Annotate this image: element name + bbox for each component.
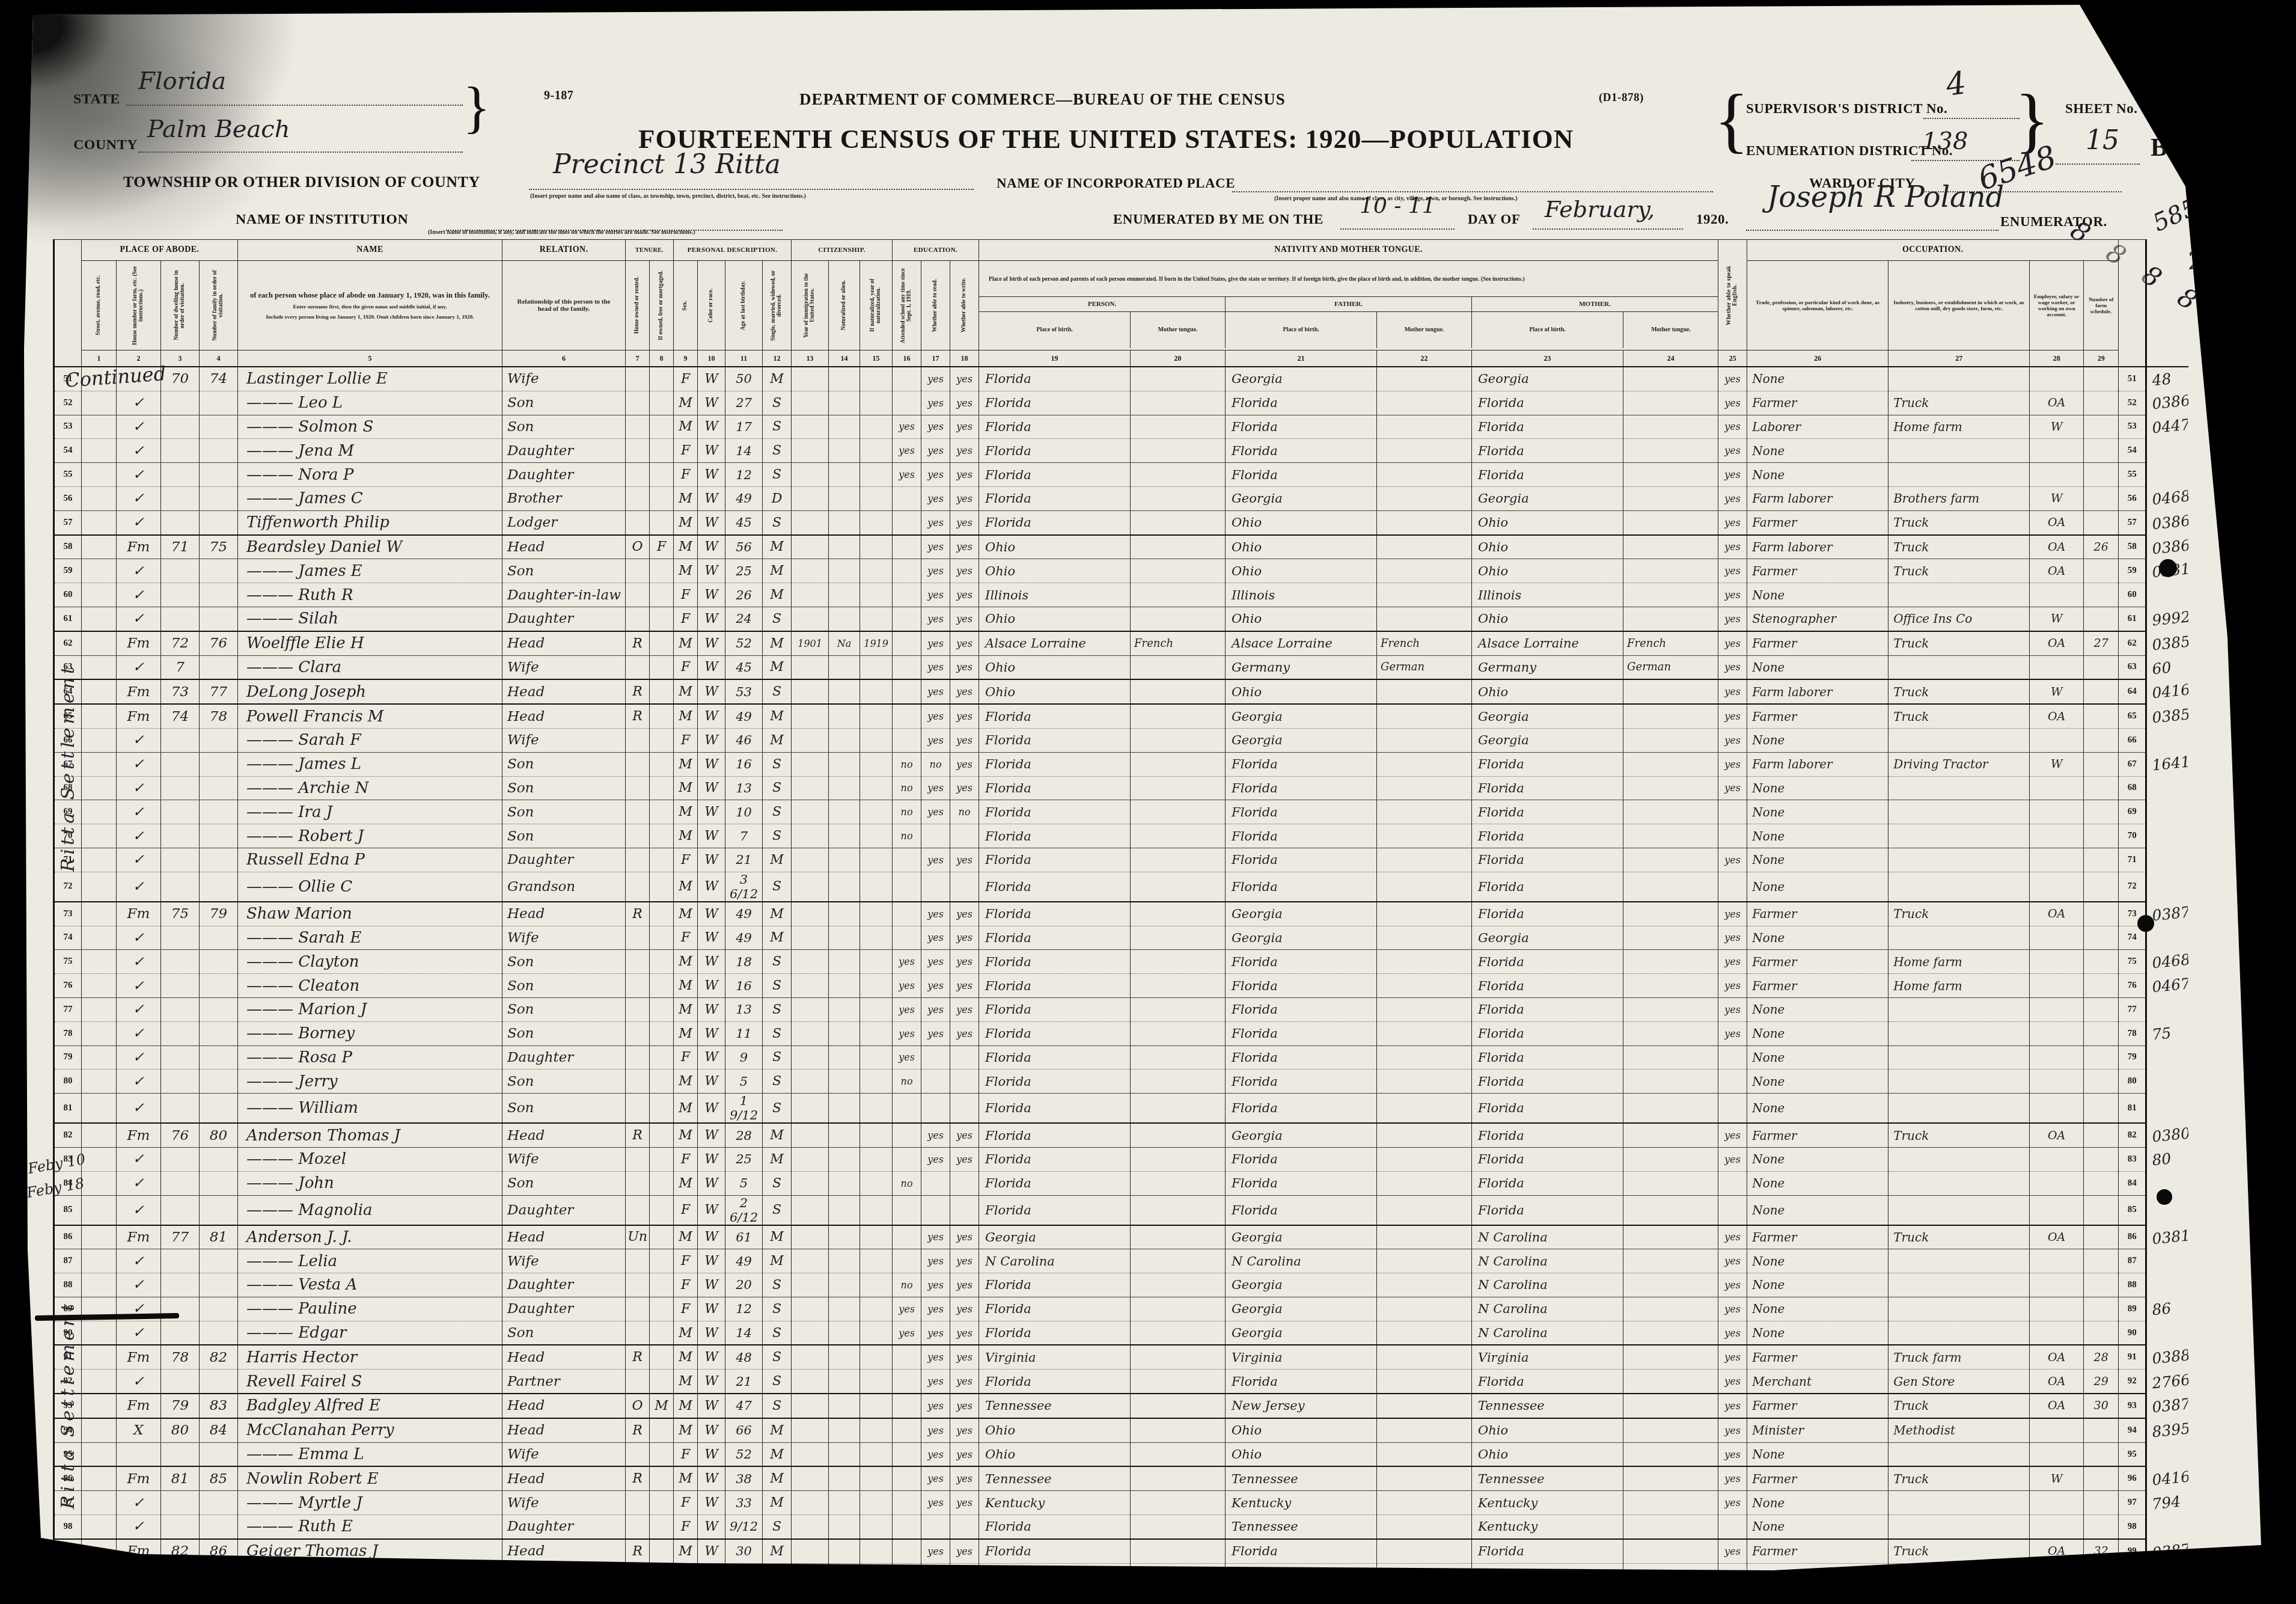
cell-age: 9/12: [725, 1515, 763, 1539]
cell-naturalization_year: [860, 486, 893, 510]
cell-industry: Office Ins Co: [1888, 607, 2030, 631]
township-value: Precinct 13 Ritta: [553, 149, 781, 180]
cell-marital: S: [763, 752, 792, 776]
cell-pob_mother: Florida: [1472, 824, 1623, 848]
cell-english: yes: [1718, 728, 1747, 752]
cell-owned_free_or_mortgaged: [650, 1070, 674, 1094]
cell-immigration_year: [792, 728, 829, 752]
cell-read: yes: [921, 800, 950, 824]
cell-street: [82, 776, 117, 800]
cell-name: ——— James E: [238, 559, 502, 583]
cell-home_owned_or_rented: [626, 559, 650, 583]
cell-mt_mother: [1623, 463, 1718, 487]
cell-employer_class: [2030, 776, 2084, 800]
cell-age: 27: [725, 391, 763, 415]
cell-english: yes: [1718, 1321, 1747, 1345]
cell-sex: M: [674, 1021, 698, 1045]
cell-owned_free_or_mortgaged: [650, 1370, 674, 1394]
cell-house_or_farm: ✓: [117, 1094, 161, 1124]
cell-line-right: 65: [2119, 704, 2146, 728]
cell-line: 72: [54, 872, 82, 902]
cell-home_owned_or_rented: [626, 463, 650, 487]
cell-read: yes: [921, 367, 950, 391]
cell-line-right: 51: [2119, 367, 2146, 391]
cell-write: yes: [950, 752, 979, 776]
cell-english: yes: [1718, 704, 1747, 728]
cell-dwelling_no: 74: [161, 704, 200, 728]
cell-employer_class: [2030, 1273, 2084, 1297]
col-9-sex: Sex.: [674, 261, 698, 350]
cell-mt_person: [1131, 1045, 1226, 1070]
cell-line-right: 64: [2119, 679, 2146, 704]
cell-trade: Farmer: [1747, 1539, 1888, 1563]
cell-mt_mother: [1623, 1539, 1718, 1563]
col-number-22: 22: [1377, 350, 1472, 367]
cell-dwelling_no: [161, 1195, 200, 1225]
cell-school: yes: [893, 1021, 921, 1045]
cell-age: 49: [725, 902, 763, 926]
cell-trade: Farmer: [1747, 1123, 1888, 1147]
cell-employer_class: W: [2030, 679, 2084, 704]
cell-family_no: 79: [200, 902, 238, 926]
cell-pob_father: Ohio: [1226, 679, 1377, 704]
cell-mt_mother: [1623, 1370, 1718, 1394]
cell-immigration_year: [792, 486, 829, 510]
line-col-header-right: [2119, 240, 2146, 367]
cell-trade: None: [1747, 1171, 1888, 1195]
cell-mt_person: [1131, 1394, 1226, 1418]
cell-home_owned_or_rented: [626, 950, 650, 974]
cell-school: yes: [893, 1321, 921, 1345]
table-row: 85✓——— MagnoliaDaughterFW2 6/12SFloridaF…: [54, 1195, 2188, 1225]
cell-age: 13: [725, 776, 763, 800]
cell-sex: F: [674, 848, 698, 872]
cell-trade: None: [1747, 926, 1888, 950]
cell-immigration_year: [792, 974, 829, 998]
cell-mt_mother: [1623, 391, 1718, 415]
cell-marital: S: [763, 439, 792, 463]
cell-naturalized: [829, 1070, 860, 1094]
cell-owned_free_or_mortgaged: [650, 486, 674, 510]
cell-mt_person: [1131, 950, 1226, 974]
cell-line-right: 81: [2119, 1094, 2146, 1124]
cell-school: no: [893, 1273, 921, 1297]
cell-line-right: 88: [2119, 1273, 2146, 1297]
cell-home_owned_or_rented: [626, 1094, 650, 1124]
cell-house_or_farm: ✓: [117, 800, 161, 824]
cell-immigration_year: [792, 902, 829, 926]
cell-trade: None: [1747, 728, 1888, 752]
cell-industry: [1888, 1195, 2030, 1225]
cell-english: [1718, 824, 1747, 848]
cell-mt_mother: [1623, 415, 1718, 439]
cell-pob_mother: Virginia: [1472, 1345, 1623, 1369]
cell-school: [893, 848, 921, 872]
cell-relation: Daughter: [502, 848, 626, 872]
cell-trade: Farmer: [1747, 704, 1888, 728]
cell-color: W: [698, 704, 725, 728]
cell-pob_mother: N Carolina: [1472, 1225, 1623, 1249]
table-row: 517074Lastinger Lollie EWifeFW50MyesyesF…: [54, 367, 2188, 391]
cell-relation: Son: [502, 997, 626, 1021]
cell-mt_mother: French: [1623, 631, 1718, 655]
cell-read: [921, 824, 950, 848]
cell-employer_class: [2030, 824, 2084, 848]
cell-pob_person: Ohio: [979, 559, 1131, 583]
cell-farm_schedule: [2084, 1147, 2119, 1171]
cell-mt_father: [1377, 997, 1472, 1021]
col-19-pob-person: Place of birth.: [979, 312, 1131, 348]
cell-employer_class: OA: [2030, 559, 2084, 583]
cell-pob_father: Florida: [1226, 1195, 1377, 1225]
cell-marital: S: [763, 800, 792, 824]
cell-color: W: [698, 367, 725, 391]
cell-farm_schedule: [2084, 463, 2119, 487]
cell-line-right: 94: [2119, 1418, 2146, 1442]
cell-write: [950, 1070, 979, 1094]
cell-color: W: [698, 1515, 725, 1539]
col-number-10: 10: [698, 350, 725, 367]
cell-house_or_farm: ✓: [117, 1321, 161, 1345]
ink-blot-1: [2159, 559, 2177, 577]
cell-home_owned_or_rented: R: [626, 1123, 650, 1147]
table-row: 92✓Revell Fairel SPartnerMW21SyesyesFlor…: [54, 1370, 2188, 1394]
cell-immigration_year: [792, 1370, 829, 1394]
cell-pob_person: Florida: [979, 824, 1131, 848]
enumerated-month-line: [1533, 224, 1683, 230]
cell-industry: Truck: [1888, 1466, 2030, 1490]
cell-relation: Head: [502, 1123, 626, 1147]
cell-school: [893, 1491, 921, 1515]
cell-english: yes: [1718, 848, 1747, 872]
cell-street: [82, 1273, 117, 1297]
cell-naturalization_year: [860, 559, 893, 583]
township-line: [529, 180, 974, 190]
cell-naturalized: [829, 1563, 860, 1588]
cell-dwelling_no: 76: [161, 1123, 200, 1147]
cell-write: yes: [950, 679, 979, 704]
cell-home_owned_or_rented: [626, 607, 650, 631]
cell-farm_schedule: [2084, 1563, 2119, 1588]
cell-farm_schedule: [2084, 776, 2119, 800]
cell-color: W: [698, 391, 725, 415]
cell-mt_person: [1131, 1195, 1226, 1225]
cell-house_or_farm: Fm: [117, 679, 161, 704]
cell-line-right: 66: [2119, 728, 2146, 752]
cell-employer_class: W: [2030, 1466, 2084, 1490]
cell-owned_free_or_mortgaged: [650, 1225, 674, 1249]
cell-owned_free_or_mortgaged: [650, 679, 674, 704]
cell-write: yes: [950, 1147, 979, 1171]
cell-house_or_farm: ✓: [117, 926, 161, 950]
cell-family_no: [200, 1442, 238, 1466]
cell-marital: S: [763, 1515, 792, 1539]
cell-marital: S: [763, 607, 792, 631]
cell-school: yes: [893, 1045, 921, 1070]
cell-industry: [1888, 1070, 2030, 1094]
cell-employer_class: OA: [2030, 535, 2084, 559]
cell-owned_free_or_mortgaged: [650, 1466, 674, 1490]
cell-pob_mother: Ohio: [1472, 607, 1623, 631]
cell-name: ——— Ruth R: [238, 583, 502, 607]
cell-owned_free_or_mortgaged: [650, 1273, 674, 1297]
cell-color: W: [698, 1370, 725, 1394]
cell-pob_person: Florida: [979, 872, 1131, 902]
cell-street: [82, 1225, 117, 1249]
cell-farm_schedule: 28: [2084, 1345, 2119, 1369]
cell-write: [950, 872, 979, 902]
cell-family_no: [200, 1273, 238, 1297]
cell-read: yes: [921, 1370, 950, 1394]
cell-dwelling_no: [161, 752, 200, 776]
cell-name: Anderson J. J.: [238, 1225, 502, 1249]
cell-pob_mother: Florida: [1472, 1195, 1623, 1225]
cell-relation: Son: [502, 1021, 626, 1045]
cell-english: yes: [1718, 486, 1747, 510]
col-number-7: 7: [626, 350, 650, 367]
cell-farm_schedule: [2084, 415, 2119, 439]
cell-pob_person: Florida: [979, 776, 1131, 800]
cell-name: ——— Jerry: [238, 1070, 502, 1094]
cell-age: 30: [725, 1539, 763, 1563]
cell-trade: None: [1747, 1147, 1888, 1171]
cell-mt_father: [1377, 872, 1472, 902]
cell-owned_free_or_mortgaged: [650, 559, 674, 583]
cell-pob_mother: Ohio: [1472, 679, 1623, 704]
cell-family_no: [200, 1021, 238, 1045]
cell-street: [82, 1094, 117, 1124]
cell-color: W: [698, 1225, 725, 1249]
cell-home_owned_or_rented: [626, 655, 650, 679]
cell-owned_free_or_mortgaged: M: [650, 1394, 674, 1418]
cell-industry: [1888, 1147, 2030, 1171]
cell-sex: F: [674, 1491, 698, 1515]
cell-house_or_farm: Fm: [117, 1225, 161, 1249]
cell-name: ——— Hortense: [238, 1563, 502, 1588]
cell-owned_free_or_mortgaged: [650, 950, 674, 974]
cell-sex: M: [674, 1123, 698, 1147]
cell-school: [893, 1539, 921, 1563]
cell-naturalized: [829, 1249, 860, 1273]
table-row: 100✓——— HortenseWifeFW17MyesyesFloridaFl…: [54, 1563, 2188, 1588]
cell-family_no: 76: [200, 631, 238, 655]
cell-name: ——— James C: [238, 486, 502, 510]
cell-dwelling_no: [161, 1563, 200, 1588]
cell-name: McClanahan Perry: [238, 1418, 502, 1442]
cell-mt_mother: [1623, 776, 1718, 800]
cell-relation: Head: [502, 1394, 626, 1418]
table-row: 81✓——— WilliamSonMW1 9/12SFloridaFlorida…: [54, 1094, 2188, 1124]
cell-relation: Daughter: [502, 439, 626, 463]
cell-naturalized: [829, 872, 860, 902]
cell-mt_father: [1377, 1297, 1472, 1321]
cell-relation: Son: [502, 415, 626, 439]
cell-family_no: 74: [200, 367, 238, 391]
sheet-letter: B: [2151, 133, 2168, 162]
cell-pob_mother: Florida: [1472, 1539, 1623, 1563]
col-4-family-number: Number of family in order of visitation.: [200, 261, 238, 350]
cell-name: Woelffle Elie H: [238, 631, 502, 655]
cell-english: yes: [1718, 655, 1747, 679]
cell-marital: D: [763, 486, 792, 510]
cell-naturalized: [829, 1171, 860, 1195]
cell-home_owned_or_rented: [626, 1491, 650, 1515]
cell-naturalization_year: [860, 1491, 893, 1515]
cell-naturalized: [829, 1273, 860, 1297]
cell-pob_person: Florida: [979, 1094, 1131, 1124]
cell-street: [82, 1171, 117, 1195]
cell-pob_mother: Florida: [1472, 872, 1623, 902]
cell-trade: None: [1747, 1070, 1888, 1094]
cell-color: W: [698, 950, 725, 974]
cell-line-right: 60: [2119, 583, 2146, 607]
cell-age: 16: [725, 974, 763, 998]
cell-marital: M: [763, 926, 792, 950]
cell-read: yes: [921, 415, 950, 439]
cell-home_owned_or_rented: [626, 1249, 650, 1273]
cell-immigration_year: [792, 1563, 829, 1588]
cell-read: yes: [921, 607, 950, 631]
cell-home_owned_or_rented: [626, 1442, 650, 1466]
cell-read: [921, 1070, 950, 1094]
cell-street: [82, 583, 117, 607]
cell-school: [893, 679, 921, 704]
form-code-right: (D1-878): [1599, 91, 1644, 105]
cell-mt_mother: [1623, 752, 1718, 776]
cell-dwelling_no: [161, 872, 200, 902]
cell-line-right: 72: [2119, 872, 2146, 902]
cell-marital: M: [763, 1123, 792, 1147]
cell-employer_class: [2030, 367, 2084, 391]
cell-pob_person: Florida: [979, 1563, 1131, 1588]
cell-sex: M: [674, 510, 698, 534]
cell-marital: S: [763, 1171, 792, 1195]
col-number-29: 29: [2084, 350, 2119, 367]
cell-mt_mother: [1623, 1249, 1718, 1273]
cell-school: [893, 535, 921, 559]
cell-house_or_farm: ✓: [117, 1249, 161, 1273]
cell-name: ——— Clara: [238, 655, 502, 679]
supervisor-district-value: 4: [1944, 65, 1968, 103]
cell-mt_mother: [1623, 1171, 1718, 1195]
stamp-number-b: 5852: [2149, 187, 2216, 237]
cell-relation: Wife: [502, 1442, 626, 1466]
cell-mt_father: [1377, 1345, 1472, 1369]
cell-read: [921, 1515, 950, 1539]
cell-industry: [1888, 1021, 2030, 1045]
cell-pob_father: New Jersey: [1226, 1394, 1377, 1418]
cell-marital: M: [763, 1466, 792, 1490]
cell-write: yes: [950, 728, 979, 752]
cell-family_no: [200, 1370, 238, 1394]
cell-color: W: [698, 1345, 725, 1369]
cell-pob_father: Tennessee: [1226, 1466, 1377, 1490]
cell-trade: None: [1747, 463, 1888, 487]
cell-color: W: [698, 535, 725, 559]
cell-mt_person: [1131, 1123, 1226, 1147]
cell-sex: M: [674, 1539, 698, 1563]
cell-home_owned_or_rented: R: [626, 679, 650, 704]
cell-school: no: [893, 776, 921, 800]
col-25-speak-english: Whether able to speak English.: [1718, 240, 1747, 350]
enumerated-label-2: DAY OF: [1468, 212, 1521, 227]
cell-age: 17: [725, 415, 763, 439]
cell-industry: Truck: [1888, 1539, 2030, 1563]
cell-mt_father: [1377, 1442, 1472, 1466]
cell-write: yes: [950, 1539, 979, 1563]
cell-pob_mother: Florida: [1472, 1094, 1623, 1124]
table-row: 58Fm7175Beardsley Daniel WHeadOFMW56Myes…: [54, 535, 2188, 559]
cell-street: [82, 1466, 117, 1490]
col-29-farm-schedule: Number of farm schedule.: [2084, 261, 2119, 350]
cell-naturalized: [829, 704, 860, 728]
cell-sex: M: [674, 1394, 698, 1418]
cell-english: yes: [1718, 902, 1747, 926]
cell-house_or_farm: ✓: [117, 950, 161, 974]
cell-mt_father: [1377, 1394, 1472, 1418]
cell-farm_schedule: [2084, 848, 2119, 872]
cell-sex: M: [674, 1070, 698, 1094]
cell-employer_class: [2030, 926, 2084, 950]
cell-owned_free_or_mortgaged: F: [650, 535, 674, 559]
col-number-13: 13: [792, 350, 829, 367]
cell-employer_class: [2030, 1297, 2084, 1321]
col-7-owned-rented: Home owned or rented.: [626, 261, 650, 350]
cell-industry: Truck: [1888, 391, 2030, 415]
cell-immigration_year: [792, 655, 829, 679]
cell-mt_father: [1377, 510, 1472, 534]
cell-dwelling_no: [161, 974, 200, 998]
cell-marital: S: [763, 679, 792, 704]
cell-pob_person: Ohio: [979, 655, 1131, 679]
cell-farm_schedule: [2084, 655, 2119, 679]
cell-naturalized: [829, 1539, 860, 1563]
cell-naturalized: [829, 1394, 860, 1418]
cell-family_no: 86: [200, 1539, 238, 1563]
cell-naturalization_year: [860, 800, 893, 824]
cell-name: ——— Rosa P: [238, 1045, 502, 1070]
cell-owned_free_or_mortgaged: [650, 997, 674, 1021]
cell-naturalized: Na: [829, 631, 860, 655]
cell-mt_father: [1377, 776, 1472, 800]
cell-owned_free_or_mortgaged: [650, 800, 674, 824]
cell-family_no: [200, 1249, 238, 1273]
cell-color: W: [698, 486, 725, 510]
cell-mt_father: [1377, 1515, 1472, 1539]
cell-read: yes: [921, 1466, 950, 1490]
cell-farm_schedule: [2084, 679, 2119, 704]
cell-pob_person: Florida: [979, 1273, 1131, 1297]
cell-home_owned_or_rented: [626, 872, 650, 902]
cell-pob_father: Florida: [1226, 415, 1377, 439]
cell-street: [82, 607, 117, 631]
col-23-pob-mother: Place of birth.: [1472, 312, 1623, 348]
cell-house_or_farm: Fm: [117, 1394, 161, 1418]
cell-dwelling_no: 81: [161, 1466, 200, 1490]
cell-mt_mother: [1623, 1491, 1718, 1515]
col-number-4: 4: [200, 350, 238, 367]
cell-pob_mother: Florida: [1472, 1563, 1623, 1588]
cell-house_or_farm: ✓: [117, 1491, 161, 1515]
cell-write: yes: [950, 559, 979, 583]
cell-age: 26: [725, 583, 763, 607]
nativity-mother-header: MOTHER.: [1472, 297, 1718, 311]
cell-pob_father: Florida: [1226, 1539, 1377, 1563]
cell-naturalized: [829, 1442, 860, 1466]
cell-employer_class: [2030, 1171, 2084, 1195]
cell-home_owned_or_rented: [626, 752, 650, 776]
cell-dwelling_no: [161, 1297, 200, 1321]
